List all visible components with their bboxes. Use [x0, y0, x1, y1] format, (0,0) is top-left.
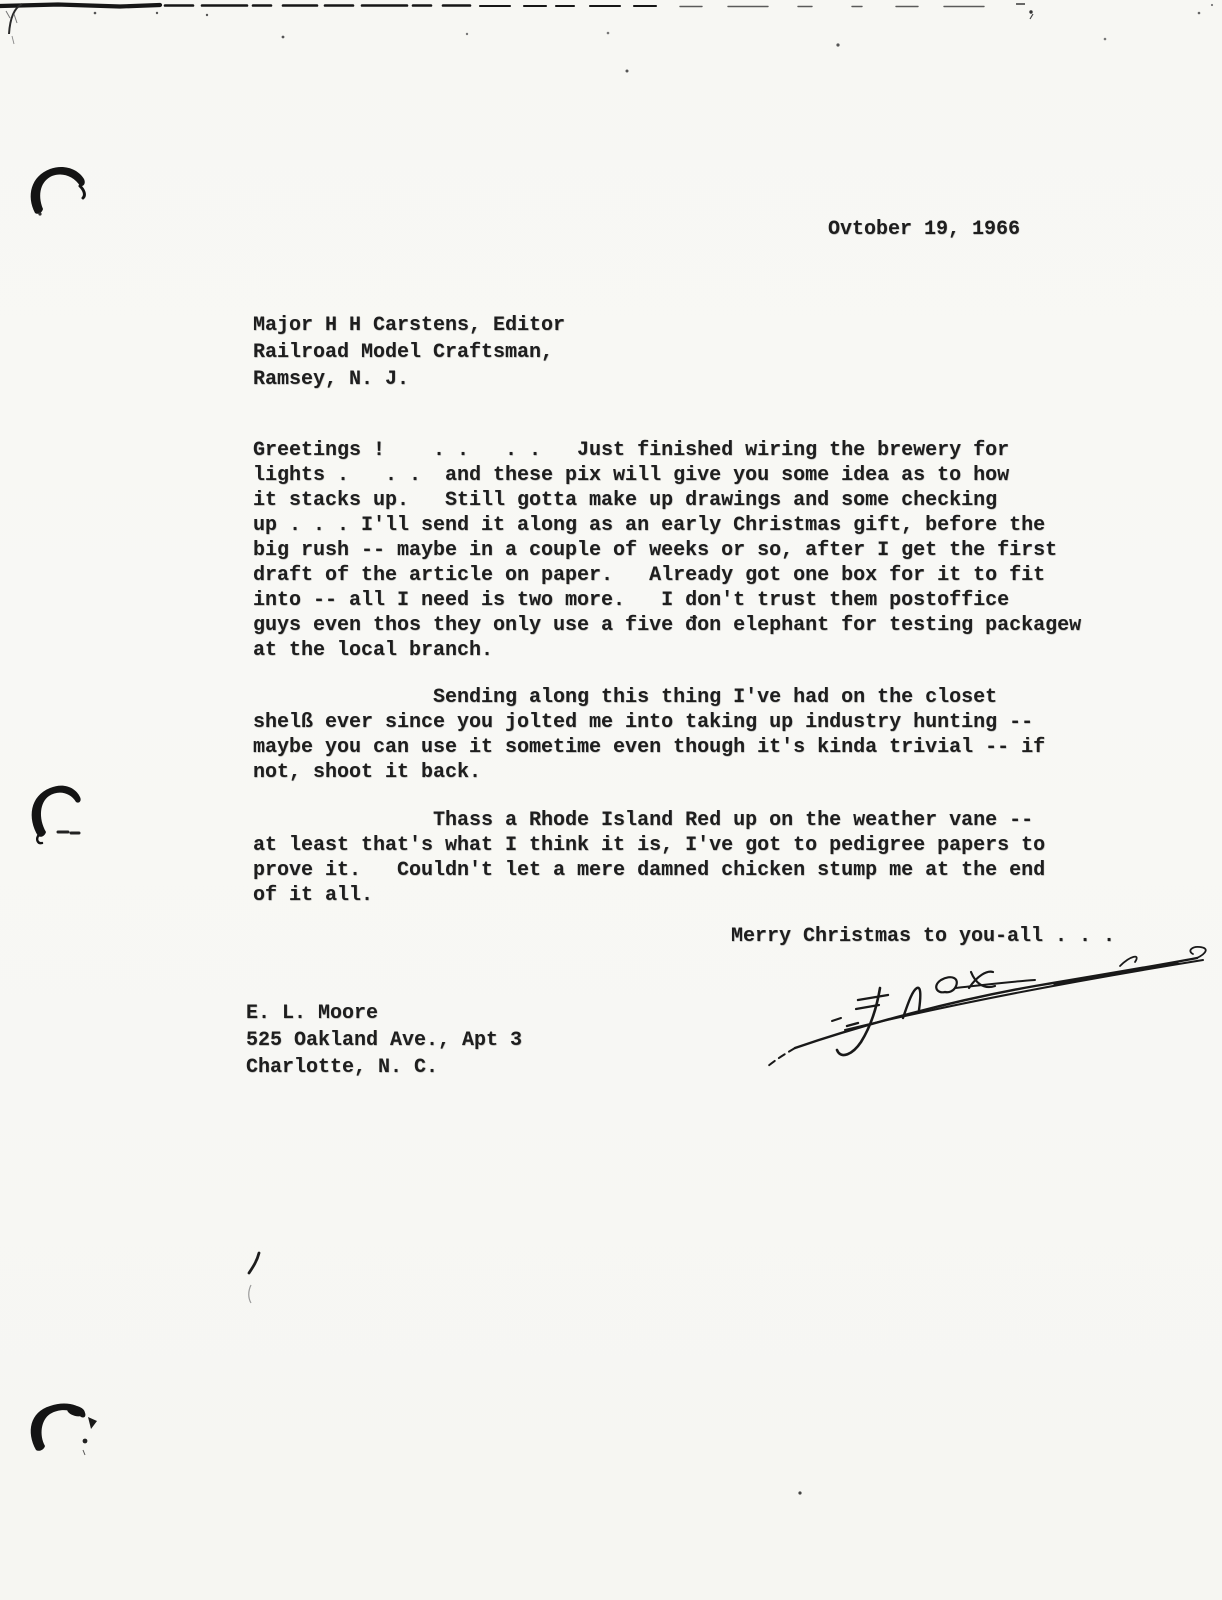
scan-artifacts — [0, 0, 1222, 1600]
corner-hook-mark — [6, 4, 22, 44]
closing-line: Merry Christmas to you-all . . . — [731, 924, 1115, 949]
sender-address: E. L. Moore 525 Oakland Ave., Apt 3 Char… — [246, 1000, 522, 1081]
signature-scrawl — [755, 938, 1222, 1078]
binder-smudge-middle — [32, 786, 81, 844]
slash-mark — [249, 1253, 259, 1303]
letter-paragraph-2: Sending along this thing I've had on the… — [253, 685, 1045, 785]
recipient-address: Major H H Carstens, Editor Railroad Mode… — [253, 312, 565, 393]
binder-smudge-top — [31, 167, 85, 216]
scan-edge-line — [0, 5, 985, 7]
letter-paragraph-1: Greetings ! . . . . Just finished wiring… — [253, 438, 1081, 663]
letter-page: Ovtober 19, 1966 Major H H Carstens, Edi… — [0, 0, 1222, 1600]
letter-paragraph-3: Thass a Rhode Island Red up on the weath… — [253, 808, 1045, 908]
letter-date: Ovtober 19, 1966 — [828, 217, 1020, 242]
binder-smudge-bottom — [31, 1404, 97, 1455]
